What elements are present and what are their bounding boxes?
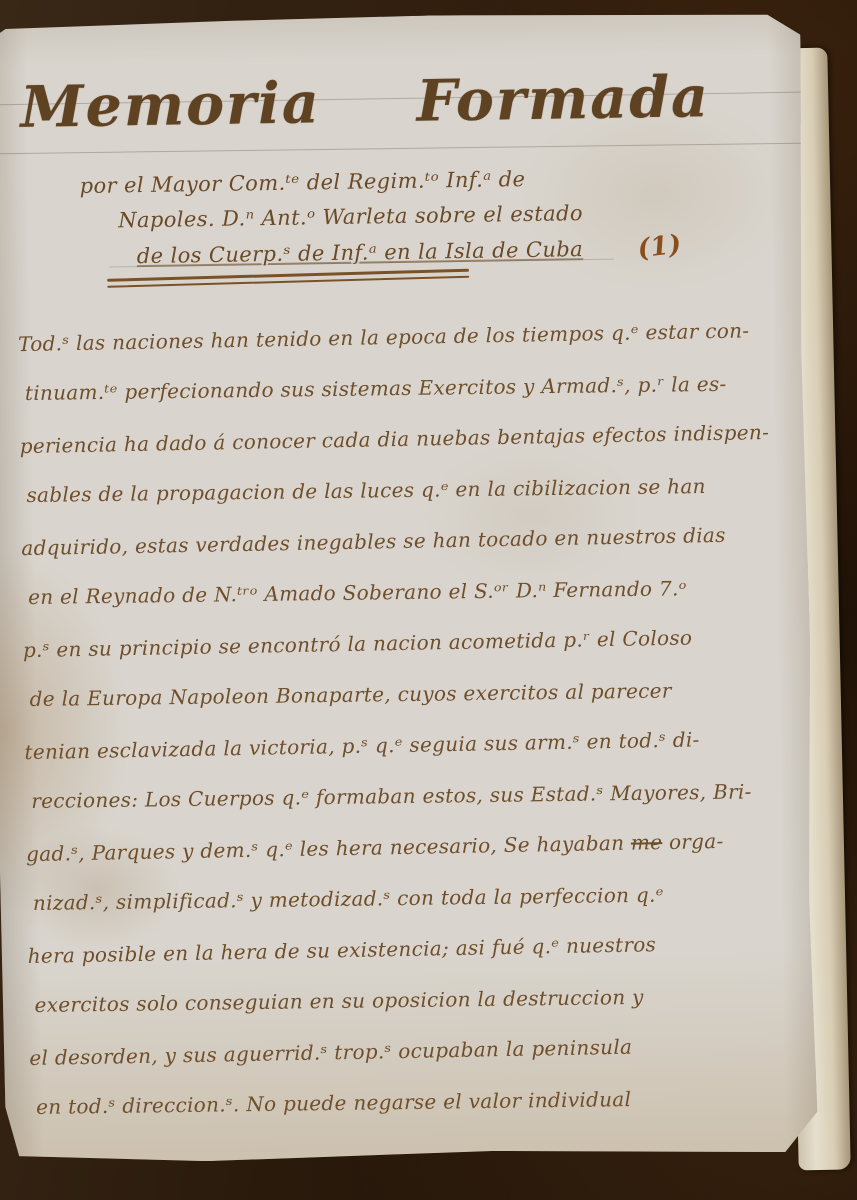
body-line-pre: gad.ˢ, Parques y dem.ˢ q.ᵉ les hera nece… (26, 831, 631, 866)
document-title: Memoria Formada (20, 63, 742, 141)
ruled-line (0, 143, 802, 155)
manuscript-page: Memoria Formada por el Mayor Com.ᵗᵉ del … (0, 10, 818, 1165)
manuscript-content: Memoria Formada por el Mayor Com.ᵗᵉ del … (0, 10, 818, 1165)
struck-word: me (631, 830, 663, 855)
body-line-post: orga- (662, 829, 724, 854)
footnote-mark: (1) (636, 227, 684, 267)
body-line: en tod.ˢ direccion.ˢ. No puede negarse e… (36, 1072, 754, 1133)
document-subtitle: por el Mayor Com.ᵗᵉ del Regim.ᵗᵒ Inf.ᵃ d… (79, 160, 682, 275)
subtitle-line: de los Cuerp.ˢ de Inf.ᵃ en la Isla de Cu… (137, 232, 584, 274)
manuscript-body: Tod.ˢ las naciones han tenido en la epoc… (18, 307, 754, 1134)
